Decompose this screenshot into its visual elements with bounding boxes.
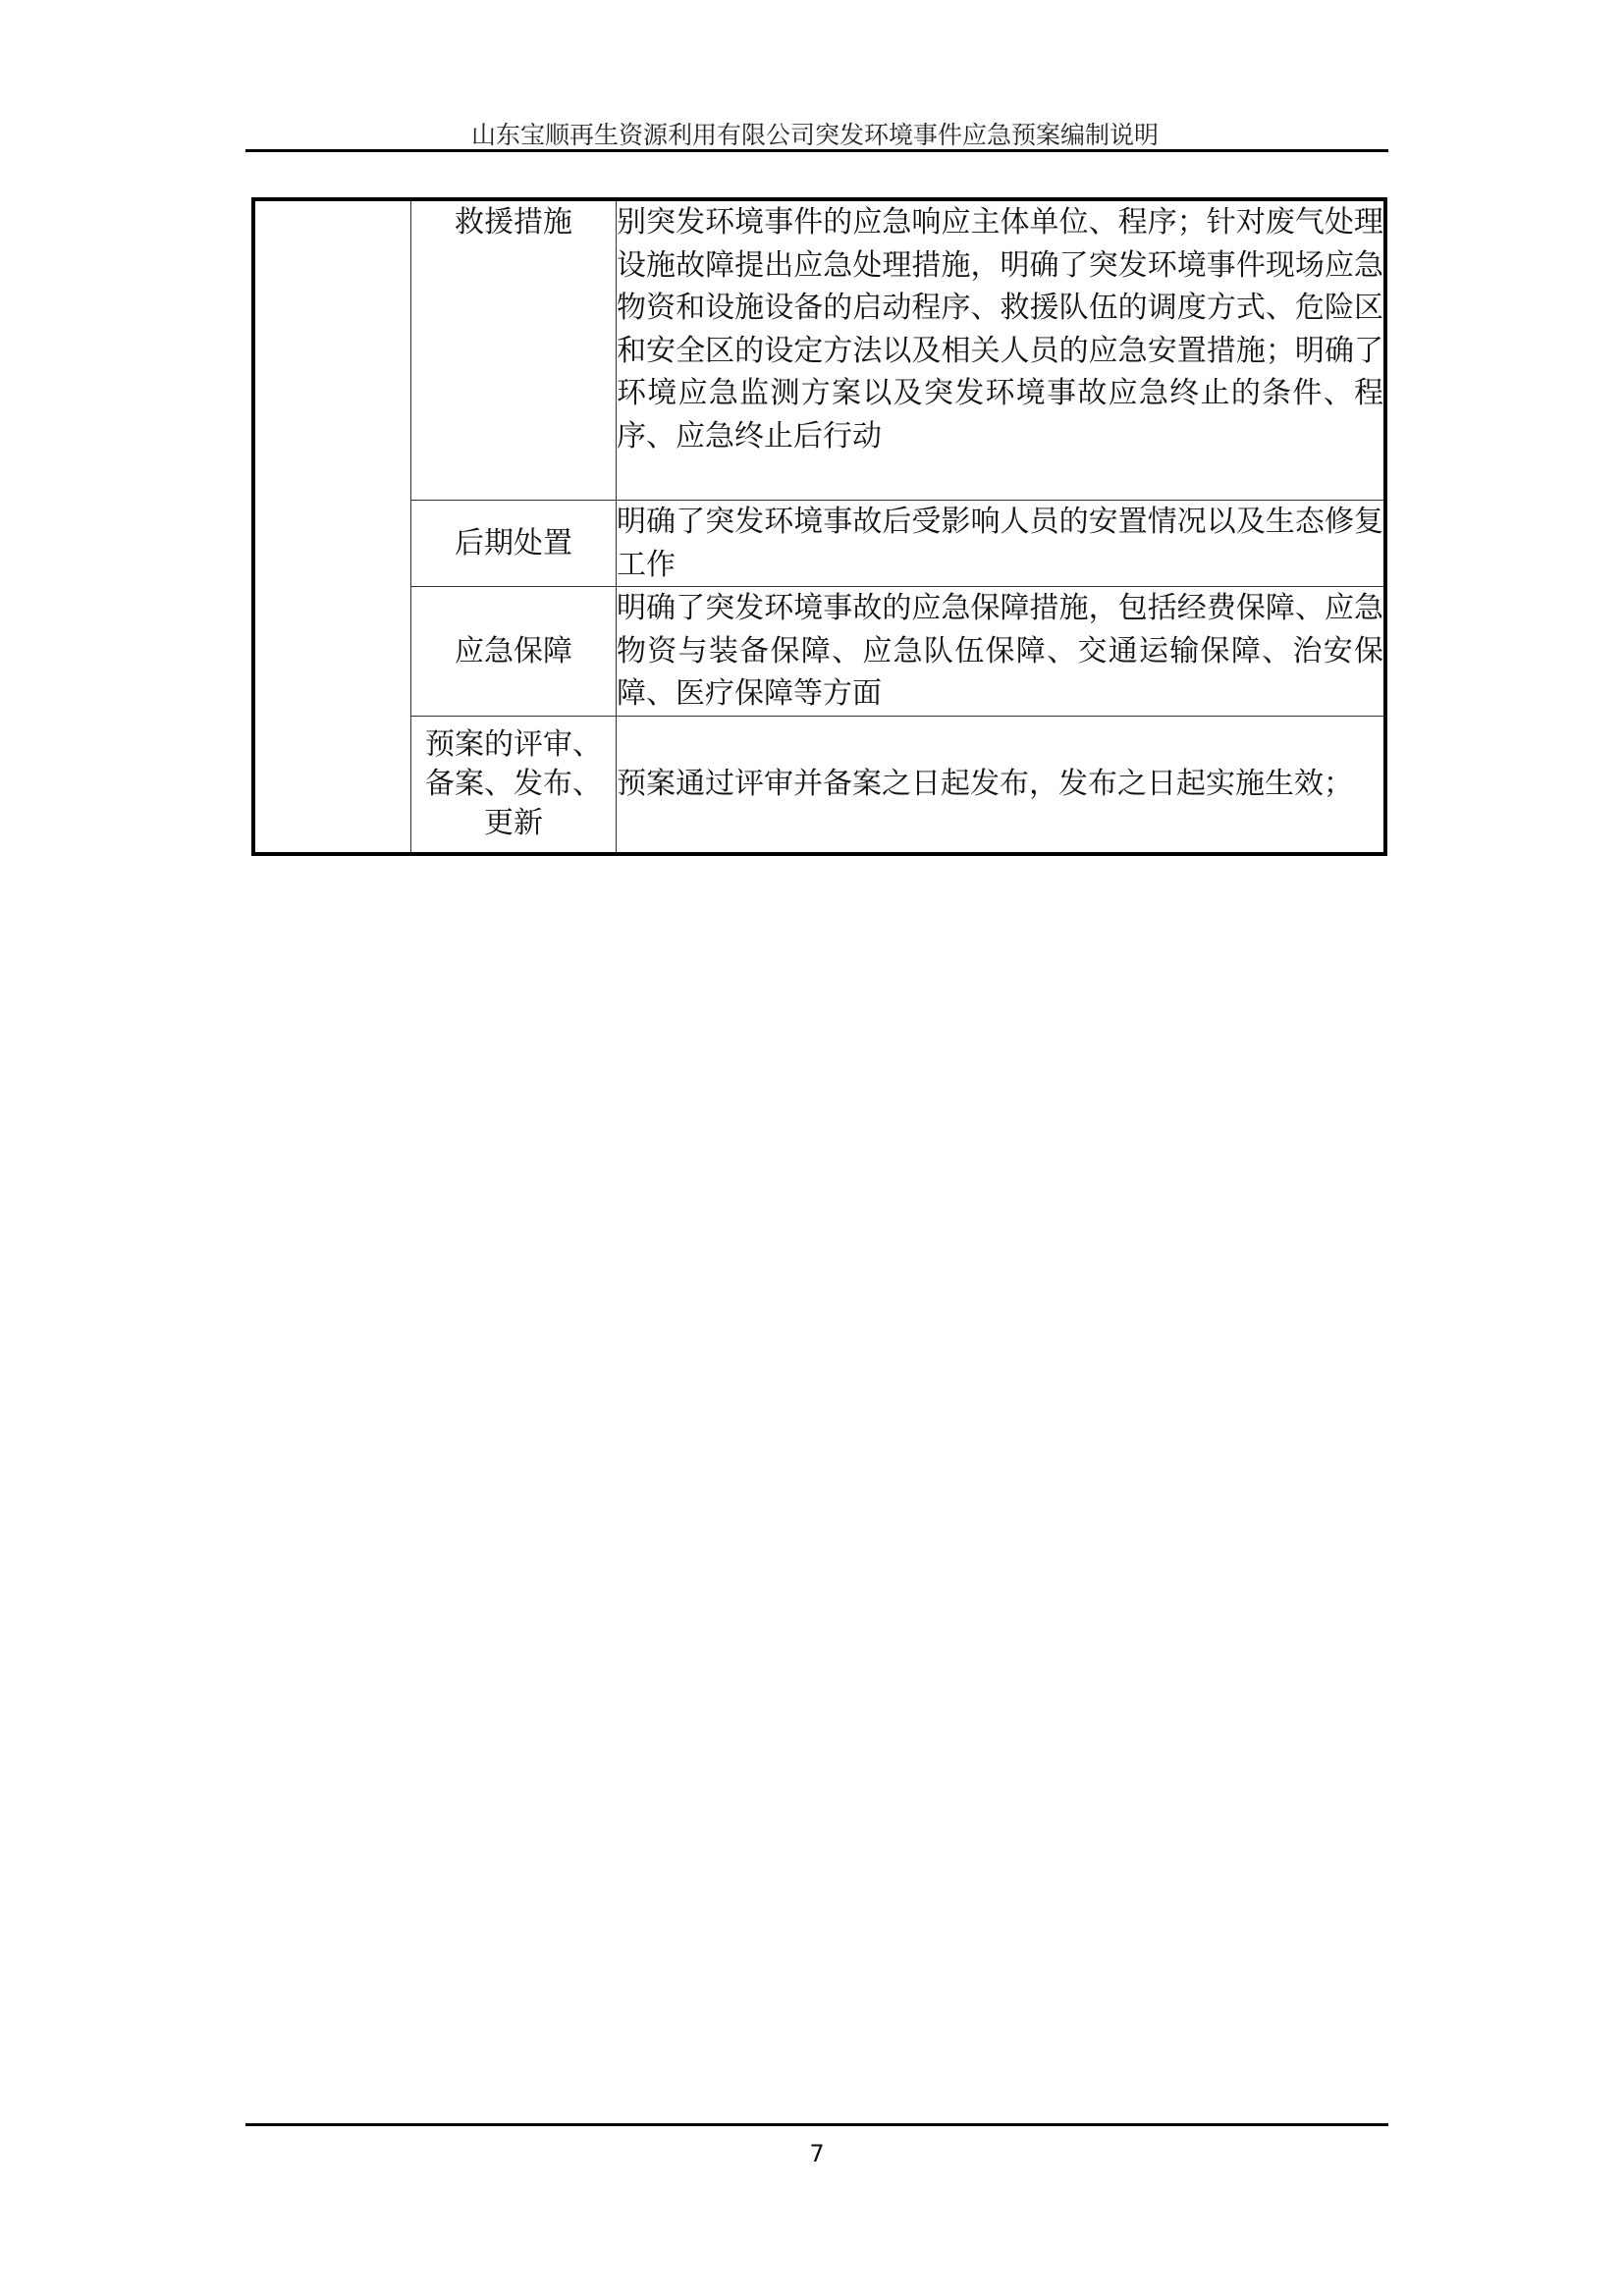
table-row: 救援措施 别突发环境事件的应急响应主体单位、程序；针对废气处理设施故障提出应急处… — [253, 199, 1385, 501]
item-cell: 救援措施 — [411, 199, 617, 501]
table-row: 应急保障 明确了突发环境事故的应急保障措施，包括经费保障、应急物资与装备保障、应… — [253, 587, 1385, 717]
description-cell: 预案通过评审并备案之日起发布，发布之日起实施生效； — [617, 717, 1386, 855]
merged-category-cell — [253, 199, 411, 854]
description-cell: 明确了突发环境事故后受影响人员的安置情况以及生态修复工作 — [617, 501, 1386, 587]
table-row: 后期处置 明确了突发环境事故后受影响人员的安置情况以及生态修复工作 — [253, 501, 1385, 587]
footer-divider — [245, 2123, 1388, 2126]
page-number: 7 — [245, 2140, 1388, 2167]
description-cell: 明确了突发环境事故的应急保障措施，包括经费保障、应急物资与装备保障、应急队伍保障… — [617, 587, 1386, 717]
item-cell: 应急保障 — [411, 587, 617, 717]
item-cell: 预案的评审、备案、发布、更新 — [411, 717, 617, 855]
header-divider — [245, 149, 1388, 152]
table-row: 预案的评审、备案、发布、更新 预案通过评审并备案之日起发布，发布之日起实施生效； — [253, 717, 1385, 855]
item-cell: 后期处置 — [411, 501, 617, 587]
description-cell: 别突发环境事件的应急响应主体单位、程序；针对废气处理设施故障提出应急处理措施，明… — [617, 199, 1386, 501]
document-header-title: 山东宝顺再生资源利用有限公司突发环境事件应急预案编制说明 — [245, 116, 1384, 151]
plan-content-table: 救援措施 别突发环境事件的应急响应主体单位、程序；针对废气处理设施故障提出应急处… — [251, 197, 1387, 856]
